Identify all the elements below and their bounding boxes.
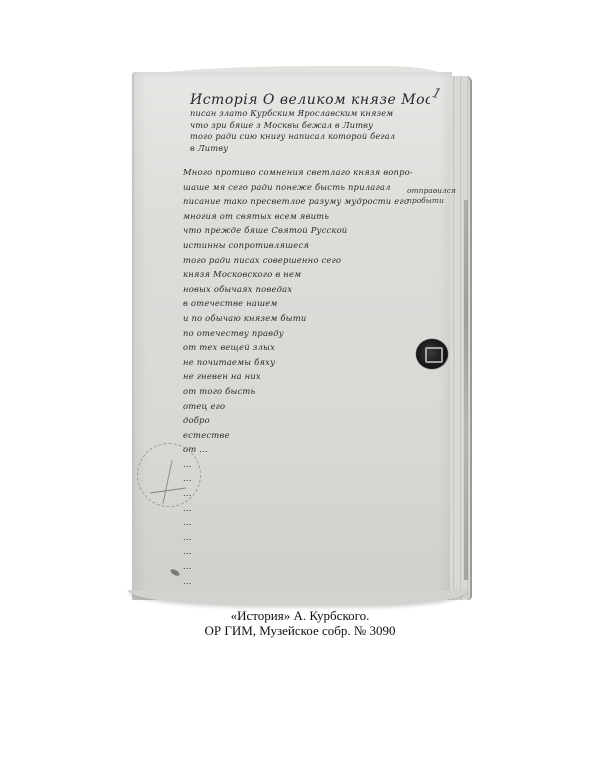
body-line: шаше мя сего ради понеже бысть прилагал [183,180,445,195]
caption-source: ОР ГИМ, Музейское собр. № 3090 [0,623,600,638]
body-line: по отечеству правду [183,326,445,341]
title-line: того ради сию книгу написал которой бега… [190,131,430,143]
body-line: ... [183,501,445,516]
manuscript-photograph: 1 Исторія О великом князе Московском пис… [0,0,600,600]
body-line: ... [183,486,445,501]
body-line: ... [183,574,445,589]
title-line: Исторія О великом князе Московском [190,92,430,108]
marginal-note-line: отправился [407,186,456,196]
body-line: добро [183,413,445,428]
caption-title: «История» А. Курбского. [0,608,600,623]
marginal-note: отправился пробыти [407,186,456,206]
body-line: естестве [183,428,445,443]
marginal-note-line: пробыти [407,196,456,206]
body-line: от того бысть [183,384,445,399]
title-line: что зри бяше з Москвы бежал в Литву [190,120,430,132]
figure-caption: «История» А. Курбского. ОР ГИМ, Музейско… [0,608,600,638]
body-line: ... [183,457,445,472]
wax-seal-icon [416,339,448,369]
body-line: не гневен на них [183,369,445,384]
manuscript-title: Исторія О великом князе Московском писан… [190,92,430,154]
manuscript-body: Много противо сомнения светлаго князя во… [183,165,445,588]
title-line: в Литву [190,143,430,155]
body-line: многия от святых всем явить [183,209,445,224]
body-line: того ради писах совершенно сего [183,253,445,268]
body-line: истинны сопротивляшеся [183,238,445,253]
page-stack-edge [450,76,472,600]
body-line: и по обычаю князем быти [183,311,445,326]
body-line: что прежде бяше Святой Русской [183,223,445,238]
library-stamp-icon [137,443,201,507]
title-line: писан злато Курбским Ярославским князем [190,108,430,120]
body-line: от ... [183,442,445,457]
body-line: от тех вещей злых [183,340,445,355]
body-line: ... [183,471,445,486]
body-line: ... [183,515,445,530]
body-line: Много противо сомнения светлаго князя во… [183,165,445,180]
body-line: князя Московского в нем [183,267,445,282]
body-line: новых обычаях поведах [183,282,445,297]
body-line: не почитаемы бяху [183,355,445,370]
body-line: отец его [183,399,445,414]
body-line: писание тако пресветлое разуму мудрости … [183,194,445,209]
leaf-bottom-edge [128,590,468,606]
body-line: ... [183,559,445,574]
body-line: ... [183,544,445,559]
body-line: в отечестве нашем [183,296,445,311]
body-line: ... [183,530,445,545]
page-stack-shadow [464,200,468,580]
